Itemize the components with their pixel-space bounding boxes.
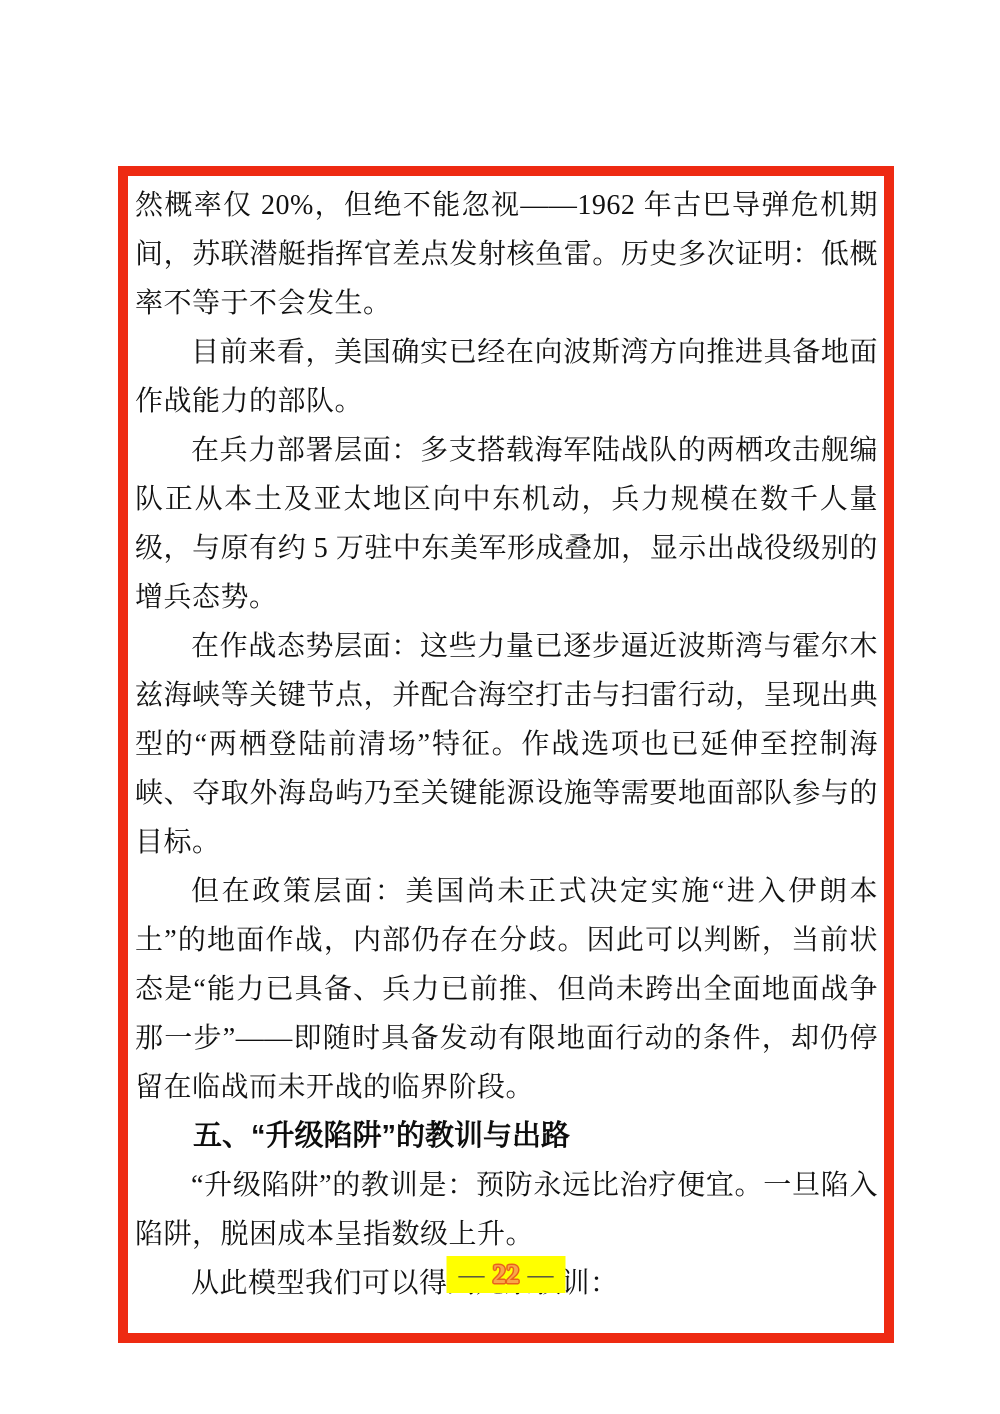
page-footer: — 22 — xyxy=(447,1256,566,1293)
page-border-frame: 然概率仅 20%，但绝不能忽视——1962 年古巴导弹危机期间，苏联潜艇指挥官差… xyxy=(118,166,894,1343)
paragraph: 在作战态势层面：这些力量已逐步逼近波斯湾与霍尔木兹海峡等关键节点，并配合海空打击… xyxy=(135,622,878,867)
paragraph: 目前来看，美国确实已经在向波斯湾方向推进具备地面作战能力的部队。 xyxy=(135,328,878,426)
paragraph-continuation: 然概率仅 20%，但绝不能忽视——1962 年古巴导弹危机期间，苏联潜艇指挥官差… xyxy=(135,181,878,328)
page-number: 22 xyxy=(493,1261,520,1288)
paragraph: “升级陷阱”的教训是：预防永远比治疗便宜。一旦陷入陷阱，脱困成本呈指数级上升。 xyxy=(135,1161,878,1259)
document-page: 然概率仅 20%，但绝不能忽视——1962 年古巴导弹危机期间，苏联潜艇指挥官差… xyxy=(0,0,1000,1414)
footer-dash-left: — xyxy=(459,1262,485,1288)
section-heading: 五、“升级陷阱”的教训与出路 xyxy=(135,1112,878,1161)
paragraph: 在兵力部署层面：多支搭载海军陆战队的两栖攻击舰编队正从本土及亚太地区向中东机动，… xyxy=(135,426,878,622)
footer-dash-right: — xyxy=(528,1262,554,1288)
paragraph: 但在政策层面：美国尚未正式决定实施“进入伊朗本土”的地面作战，内部仍存在分歧。因… xyxy=(135,867,878,1112)
